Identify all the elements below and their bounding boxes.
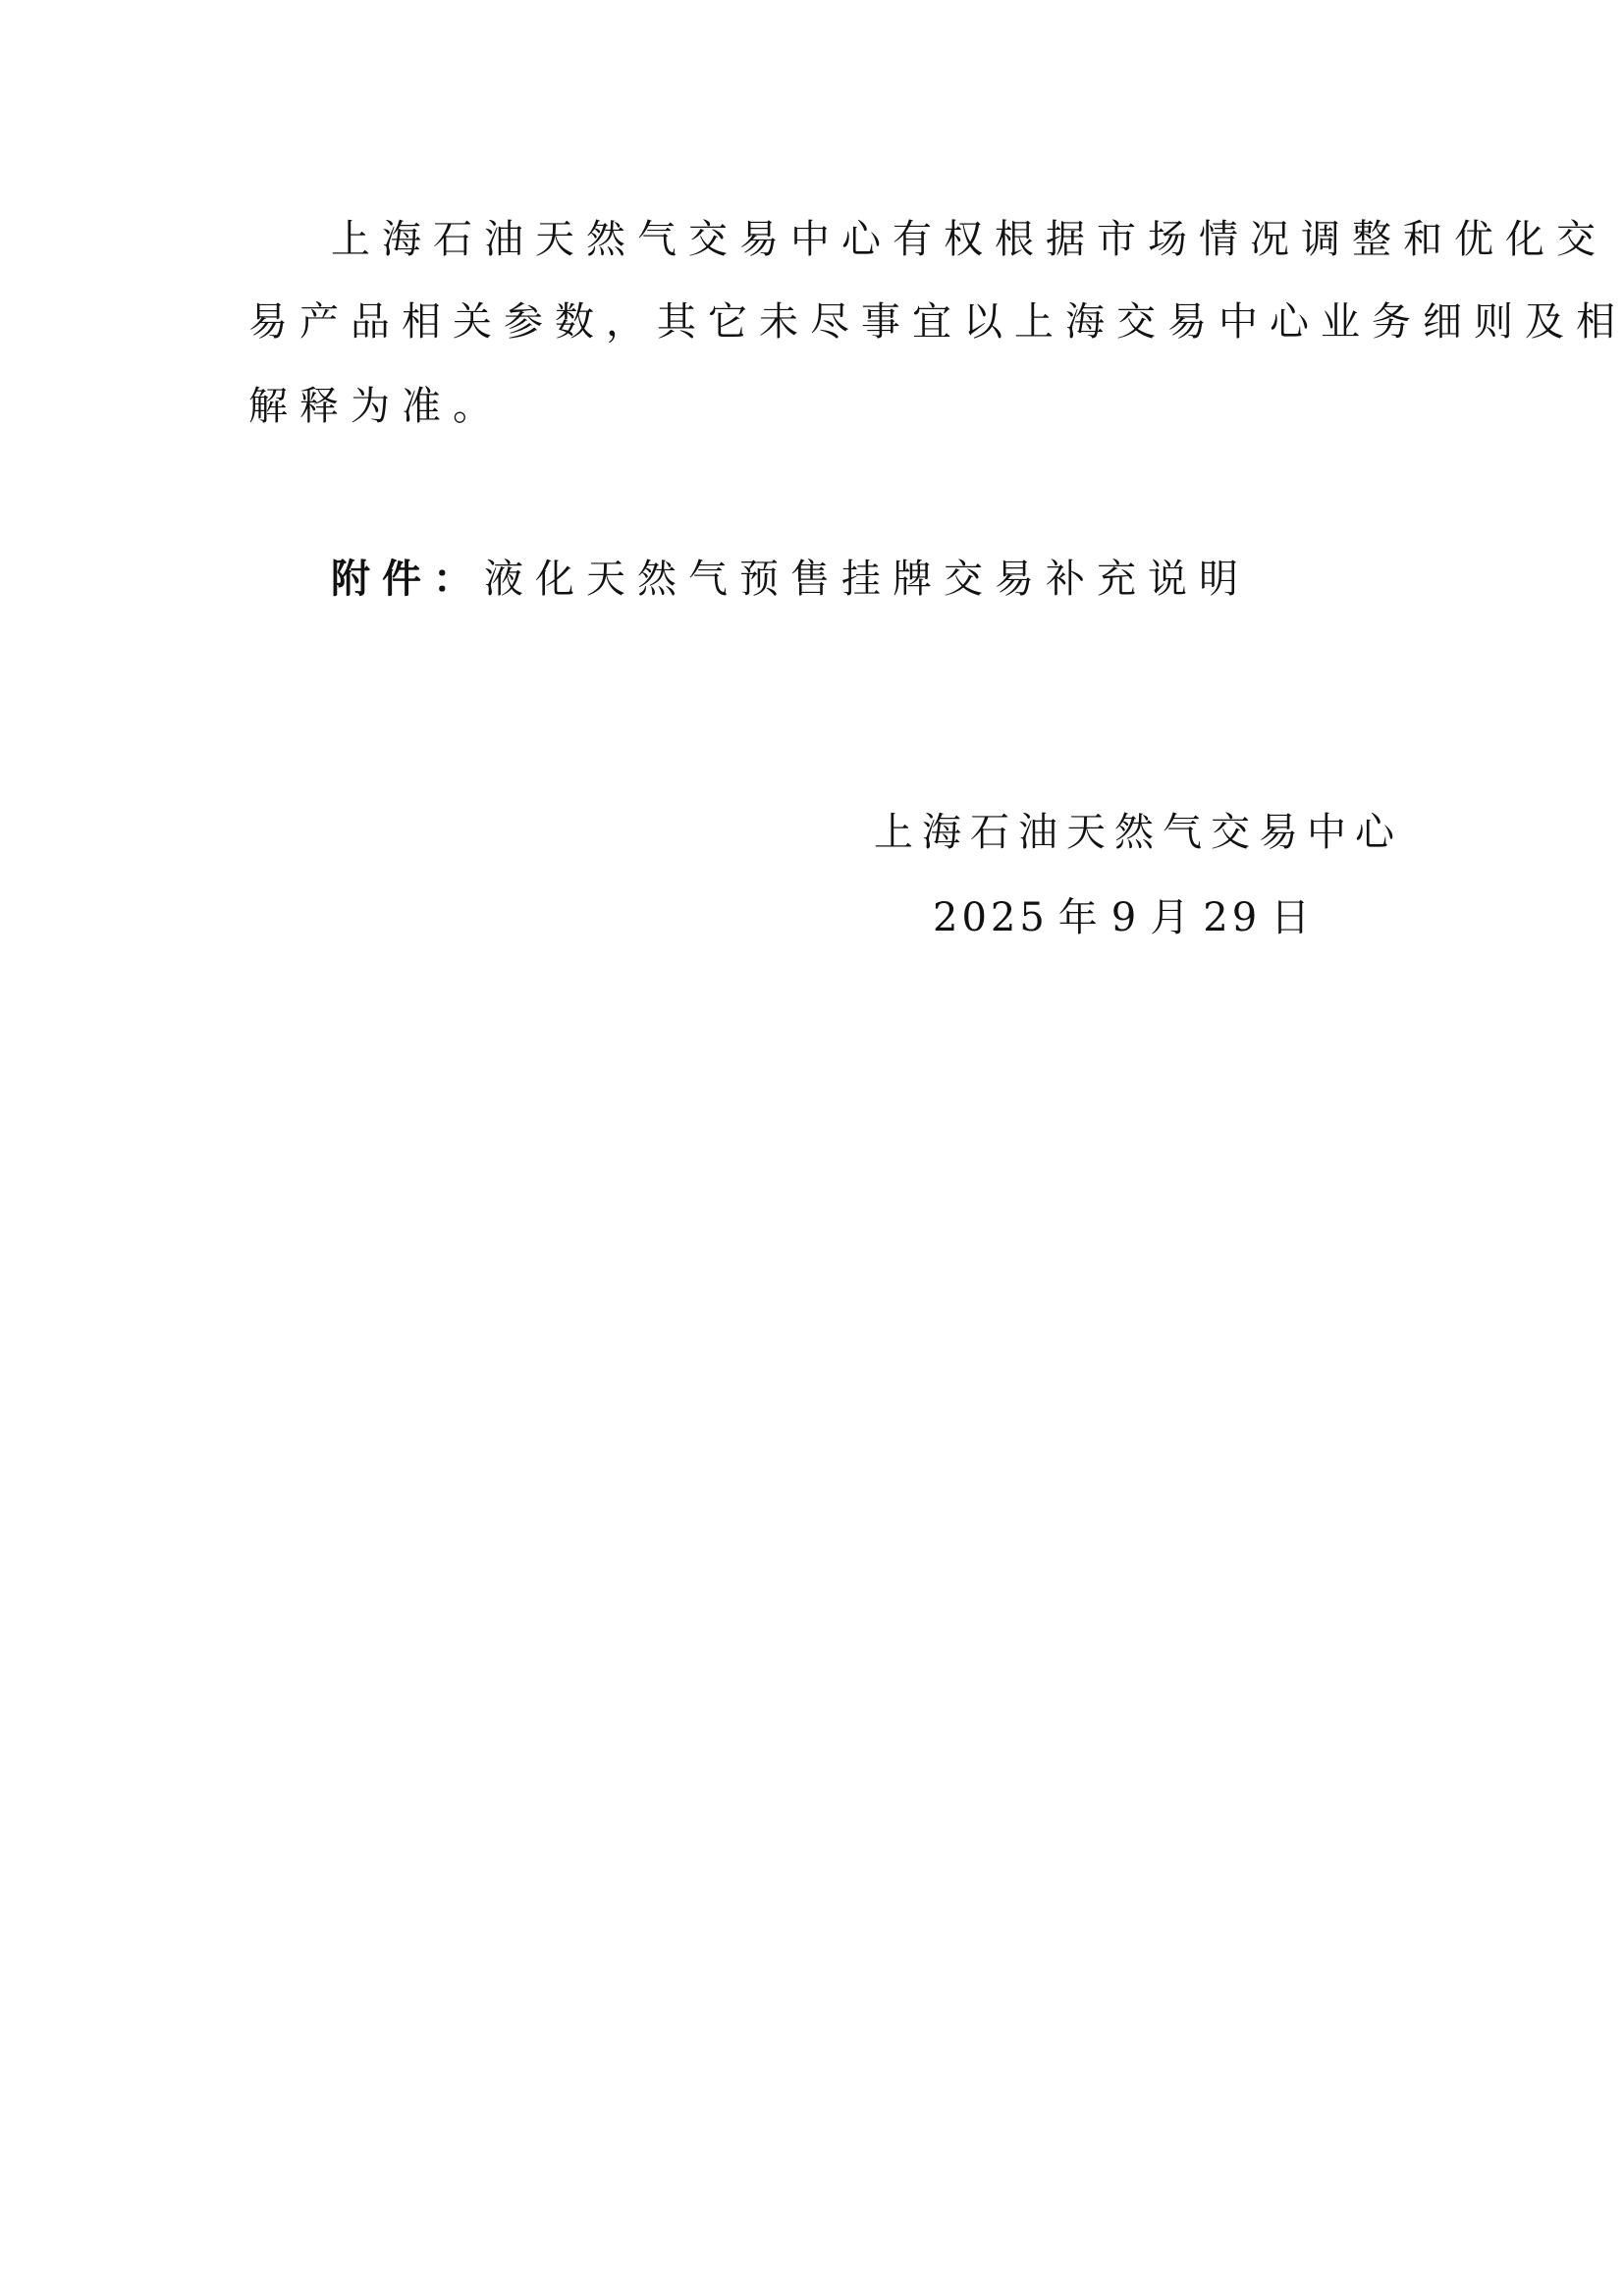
date-day: 29: [1203, 895, 1261, 940]
date-day-unit: 日: [1271, 895, 1314, 940]
paragraph-line-3: 解释为准。: [248, 385, 504, 428]
attachment-label: 附件：: [331, 557, 484, 602]
signature-date: 2025年9月29日: [933, 896, 1314, 939]
paragraph-line-2: 易产品相关参数，其它未尽事宜以上海交易中心业务细则及相关: [248, 300, 1624, 344]
paragraph-line-1: 上海石油天然气交易中心有权根据市场情况调整和优化交: [331, 218, 1607, 261]
date-year-unit: 年: [1058, 895, 1102, 940]
date-year: 2025: [933, 895, 1049, 940]
attachment-line: 附件：液化天然气预售挂牌交易补充说明: [331, 558, 1250, 601]
attachment-title: 液化天然气预售挂牌交易补充说明: [484, 557, 1250, 602]
signature-organization: 上海石油天然气交易中心: [874, 811, 1403, 854]
date-month: 9: [1111, 895, 1140, 940]
date-month-unit: 月: [1150, 895, 1193, 940]
